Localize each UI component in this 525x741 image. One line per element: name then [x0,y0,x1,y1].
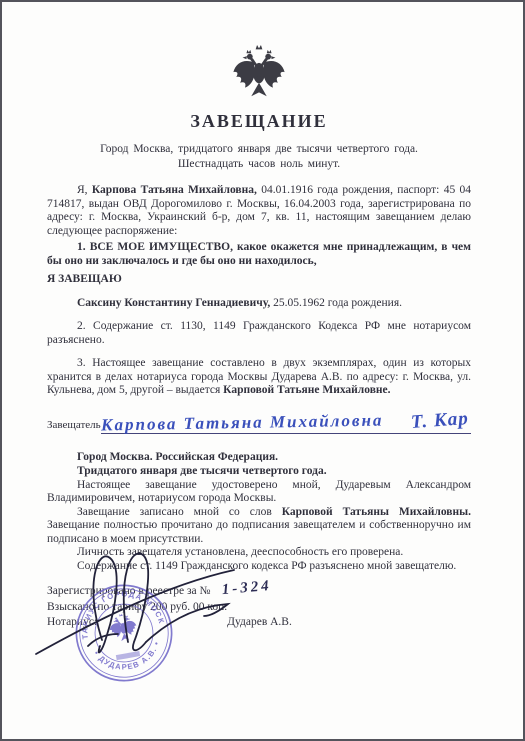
testator-signature-line: Карпова Татьяна Михайловна Т. Кар [101,405,471,434]
fee-line: Взыскано по тарифу 200 руб. 00 коп. [47,600,471,616]
testator-name: Карпова Татьяна Михайловна, [92,184,257,196]
recording-pre: Завещание записано мной со слов [77,506,282,518]
beneficiary-paragraph: Саксину Константину Геннадиевичу, 25.05.… [47,297,471,311]
document-title: ЗАВЕЩАНИЕ [47,111,471,132]
dateline-time: Шестнадцать часов ноль минут. [47,157,471,172]
testator-signature-row: Завещатель Карпова Татьяна Михайловна Т.… [47,406,471,434]
testator-declaration-paragraph: Я, Карпова Татьяна Михайловна, 04.01.191… [47,184,471,238]
article-1149-line: Содержание ст. 1149 Гражданского кодекса… [47,560,471,574]
registry-line: Зарегистрировано в реестре за №1-324 [47,583,471,600]
notary-date-line: Тридцатого января две тысячи четвертого … [47,464,471,479]
notary-label: Нотариус: [47,616,97,628]
stamp-center-banner [116,651,140,660]
notary-recording-paragraph: Завещание записано мной со слов Карповой… [47,506,471,547]
clause-3-recipient-name: Карповой Татьяне Михайловне. [223,384,390,396]
declaration-pre: Я, [77,184,92,196]
russia-coat-of-arms-icon [230,44,288,107]
registry-number-handwritten: 1-324 [222,579,273,599]
recording-testator-name: Карповой Татьяны Михайловны. [282,506,471,518]
dateline-place: Город Москва, тридцатого января две тыся… [47,142,471,157]
notary-place-line: Город Москва. Российская Федерация. [47,450,471,465]
testator-signature-flourish: Т. Кар [411,408,470,434]
notary-printed-name: Дударев А.В. [227,616,292,628]
svg-text:• ДУДАРЕВ А.В. •: • ДУДАРЕВ А.В. • [91,638,165,677]
recording-rest: Завещание полностью прочитано до подписа… [47,519,471,545]
notary-certification-paragraph: Настоящее завещание удостоверено мной, Д… [47,479,471,506]
notary-attestation-block: Город Москва. Российская Федерация. Трид… [47,450,471,574]
registry-label: Зарегистрировано в реестре за № [47,585,210,597]
stamp-arc-bottom-text: • ДУДАРЕВ А.В. • [91,638,165,677]
beneficiary-name: Саксину Константину Геннадиевичу, [77,297,270,309]
identity-verified-line: Личность завещателя установлена, дееспос… [47,546,471,560]
testator-signature-label: Завещатель [47,419,101,434]
bequeath-heading: Я ЗАВЕЩАЮ [47,273,471,287]
will-document-page: ЗАВЕЩАНИЕ Город Москва, тридцатого январ… [0,0,525,741]
registration-block: Зарегистрировано в реестре за №1-324 Взы… [47,583,471,631]
clause-1-paragraph: 1. ВСЕ МОЕ ИМУЩЕСТВО, какое окажется мне… [47,241,471,268]
clause-2-paragraph: 2. Содержание ст. 1130, 1149 Гражданског… [47,320,471,347]
notary-signoff-line: Нотариус:Дударев А.В. [47,615,471,631]
testator-handwritten-name: Карпова Татьяна Михайловна [101,410,384,435]
clause-3-paragraph: 3. Настоящее завещание составлено в двух… [47,357,471,398]
beneficiary-rest: 25.05.1962 года рождения. [270,297,402,309]
place-date-block: Город Москва, тридцатого января две тыся… [47,142,471,172]
